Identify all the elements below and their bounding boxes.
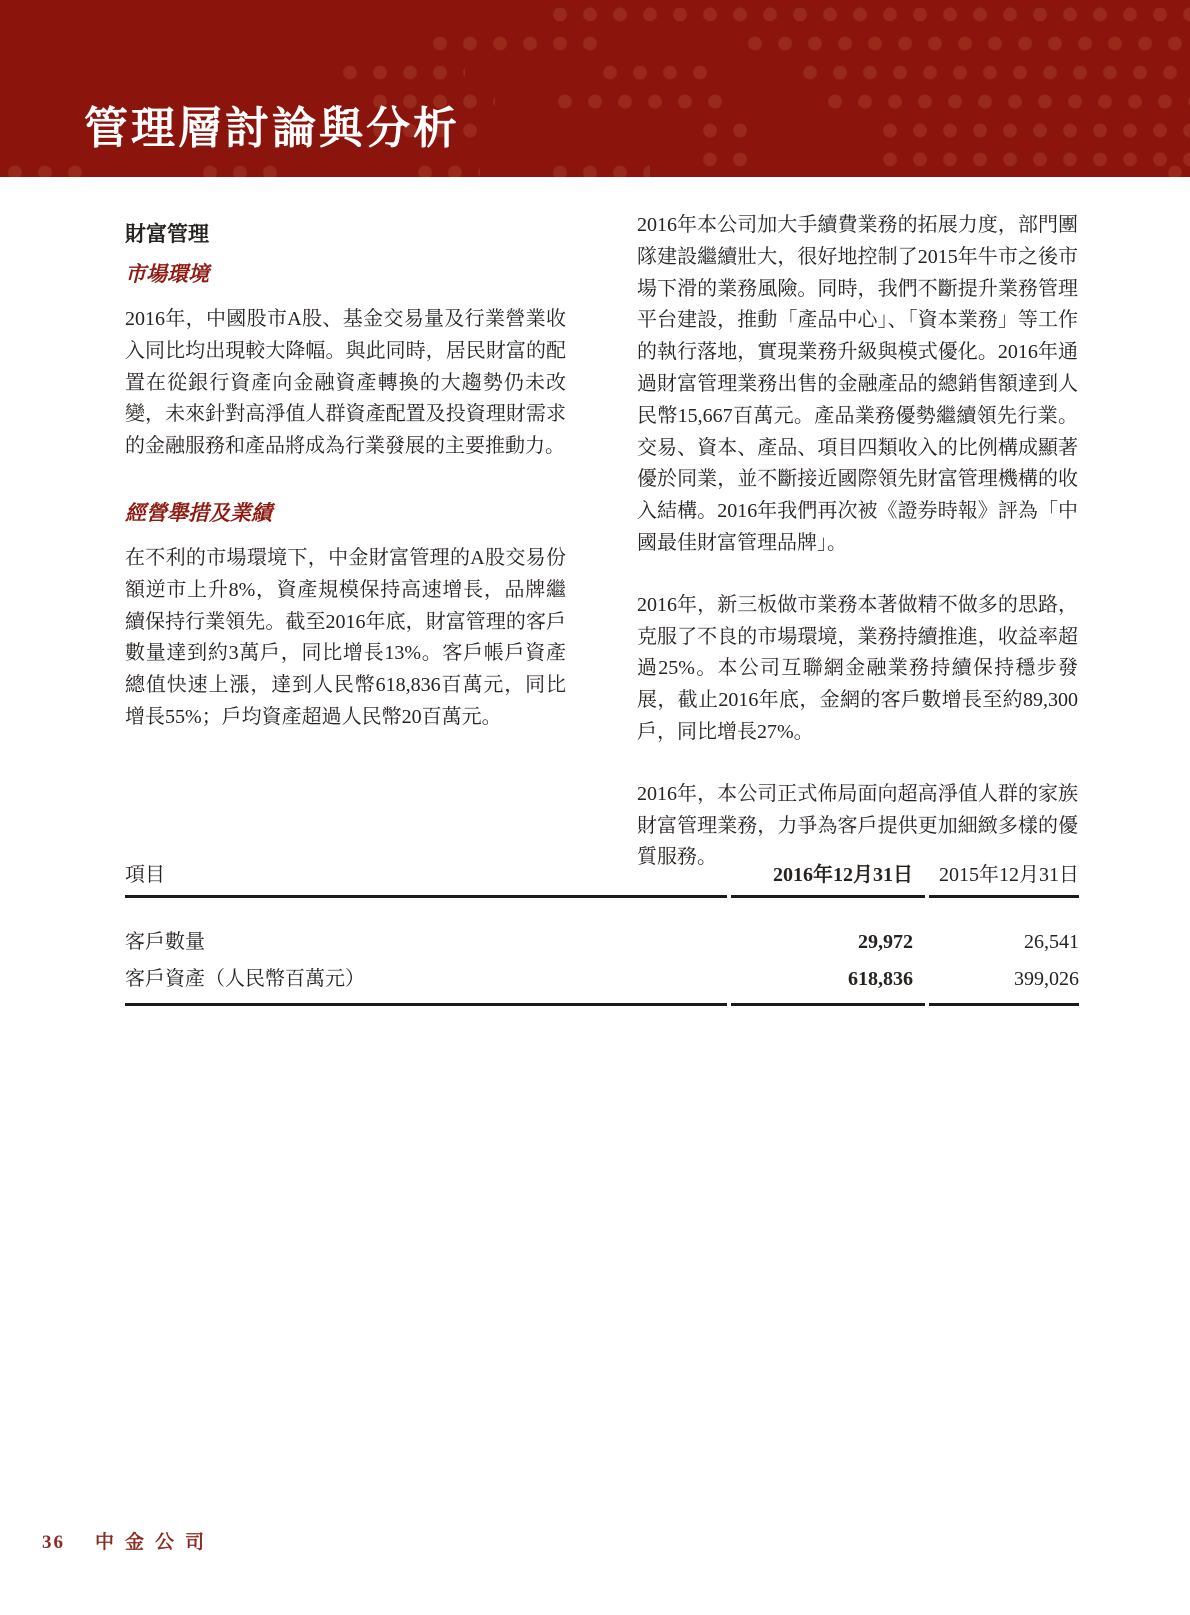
- footer-company-name: 中金公司: [95, 1527, 215, 1554]
- table-row-client-assets: 客戶資產（人民幣百萬元） 618,836 399,026: [125, 961, 1079, 1006]
- right-column: 2016年本公司加大手續費業務的拓展力度，部門團隊建設繼續壯大，很好地控制了20…: [637, 210, 1078, 874]
- paragraph-operations-results: 在不利的市場環境下，中金財富管理的A股交易份額逆市上升8%，資產規模保持高速增長…: [125, 543, 566, 734]
- dot-pattern: [425, 29, 605, 58]
- value-2016: 618,836: [731, 961, 925, 1006]
- page-title: 管理層討論與分析: [84, 104, 460, 155]
- row-label: 客戶資產（人民幣百萬元）: [125, 961, 727, 1006]
- dot-pattern: [335, 58, 465, 87]
- dot-pattern: [875, 116, 1190, 145]
- dot-pattern: [795, 58, 1190, 87]
- left-column: 財富管理 市場環境 2016年，中國股市A股、基金交易量及行業營業收入同比均出現…: [125, 222, 566, 734]
- dot-pattern: [195, 158, 290, 177]
- header-band: 管理層討論與分析: [0, 0, 1190, 177]
- dot-pattern: [0, 158, 95, 177]
- value-2015: 26,541: [929, 924, 1079, 961]
- dot-pattern: [410, 158, 480, 177]
- value-2016: 29,972: [731, 924, 925, 961]
- subsection-heading-operations-results: 經營舉措及業績: [125, 501, 566, 525]
- dot-pattern: [740, 29, 1190, 58]
- dot-pattern: [820, 87, 1190, 116]
- footer-page-number: 36: [42, 1532, 65, 1554]
- table-row-client-count: 客戶數量 29,972 26,541: [125, 924, 1079, 961]
- dot-pattern: [595, 58, 710, 87]
- section-heading-wealth-management: 財富管理: [125, 222, 566, 246]
- dot-pattern: [550, 87, 725, 116]
- paragraph-neeq-internet-finance: 2016年，新三板做市業務本著做精不做多的思路，克服了不良的市場環境，業務持續推…: [637, 590, 1078, 749]
- value-2015: 399,026: [929, 961, 1079, 1006]
- paragraph-fee-business: 2016年本公司加大手續費業務的拓展力度，部門團隊建設繼續壯大，很好地控制了20…: [637, 210, 1078, 560]
- dot-pattern: [695, 116, 758, 145]
- dot-pattern: [545, 0, 1190, 29]
- table-header-item: 項目: [125, 858, 727, 898]
- wealth-management-table: 項目 2016年12月31日 2015年12月31日 客戶數量 29,972 2…: [121, 858, 1083, 1006]
- subsection-heading-market-environment: 市場環境: [125, 262, 566, 286]
- page-footer: 36 中金公司: [42, 1527, 215, 1554]
- dot-pattern: [1160, 158, 1190, 177]
- table-spacer-row: [125, 898, 1079, 924]
- paragraph-market-environment: 2016年，中國股市A股、基金交易量及行業營業收入同比均出現較大降幅。與此同時，…: [125, 304, 566, 463]
- dot-pattern: [875, 145, 1190, 174]
- dot-pattern: [545, 158, 650, 177]
- dot-pattern: [695, 145, 758, 174]
- table-header-2015: 2015年12月31日: [929, 858, 1079, 898]
- table-header-row: 項目 2016年12月31日 2015年12月31日: [125, 858, 1079, 898]
- row-label: 客戶數量: [125, 924, 727, 961]
- table-header-2016: 2016年12月31日: [731, 858, 925, 898]
